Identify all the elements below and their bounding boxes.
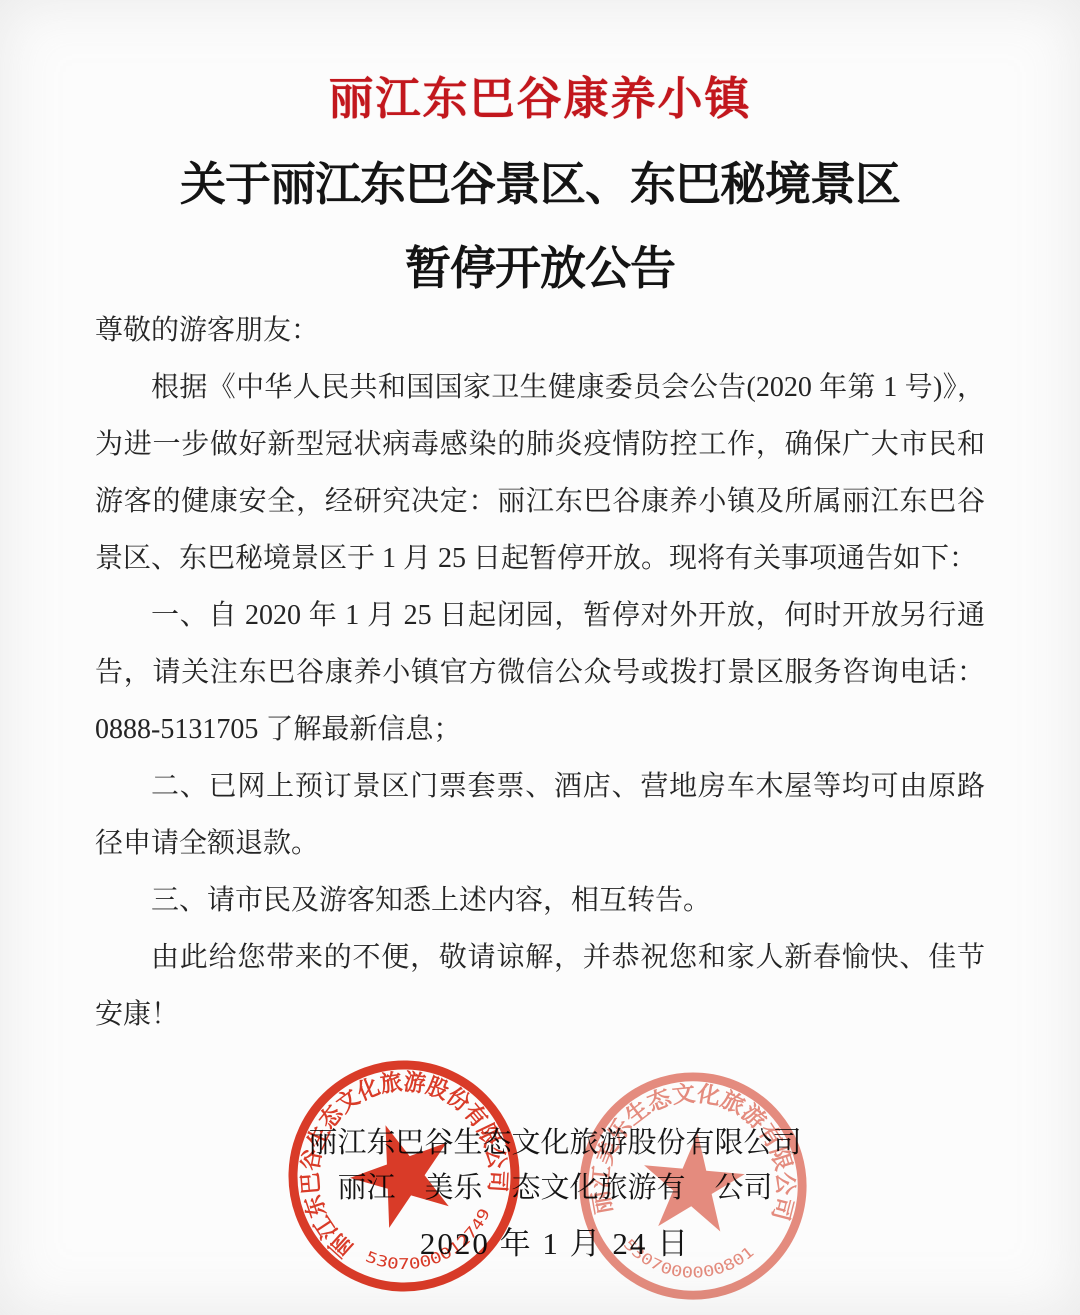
salutation: 尊敬的游客朋友： xyxy=(95,302,985,359)
body-paragraph: 根据《中华人民共和国国家卫生健康委员会公告(2020 年第 1 号)》，为进一步… xyxy=(95,359,985,587)
body-paragraph: 一、自 2020 年 1 月 25 日起闭园，暂停对外开放，何时开放另行通告，请… xyxy=(95,587,985,758)
body-paragraph: 二、已网上预订景区门票套票、酒店、营地房车木屋等均可由原路径申请全额退款。 xyxy=(95,758,985,872)
seal-serial-number: 5307000012749 xyxy=(358,1201,505,1291)
document-title-line1: 关于丽江东巴谷景区、东巴秘境景区 xyxy=(0,148,1080,214)
signature-date: 2020 年 1 月 24 日 xyxy=(30,1218,1080,1263)
brand-title: 丽江东巴谷康养小镇 xyxy=(0,62,1080,127)
notice-body: 尊敬的游客朋友： 根据《中华人民共和国国家卫生健康委员会公告(2020 年第 1… xyxy=(95,302,985,1043)
company-seal-right: 丽江美乐生态文化旅游有限公司 5307000000801 xyxy=(575,1066,811,1310)
seal-star-icon xyxy=(639,1129,748,1234)
seal-star-icon xyxy=(337,1108,467,1235)
body-paragraph: 由此给您带来的不便，敬请谅解，并恭祝您和家人新春愉快、佳节安康！ xyxy=(95,929,985,1043)
company-seal-left: 丽江东巴谷生态文化旅游股份有限公司 5307000012749 xyxy=(284,1054,524,1302)
signature-company-2: 丽江 美乐 态文化旅游有 公司 xyxy=(30,1165,1080,1206)
body-paragraph: 三、请市民及游客知悉上述内容，相互转告。 xyxy=(95,872,985,929)
svg-text:5307000012749: 5307000012749 xyxy=(358,1201,505,1291)
notice-document: 丽江东巴谷康养小镇 关于丽江东巴谷景区、东巴秘境景区 暂停开放公告 尊敬的游客朋… xyxy=(0,0,1080,1315)
signature-company-1: 丽江东巴谷生态文化旅游股份有限公司 xyxy=(30,1120,1080,1161)
document-title-line2: 暂停开放公告 xyxy=(0,232,1080,298)
